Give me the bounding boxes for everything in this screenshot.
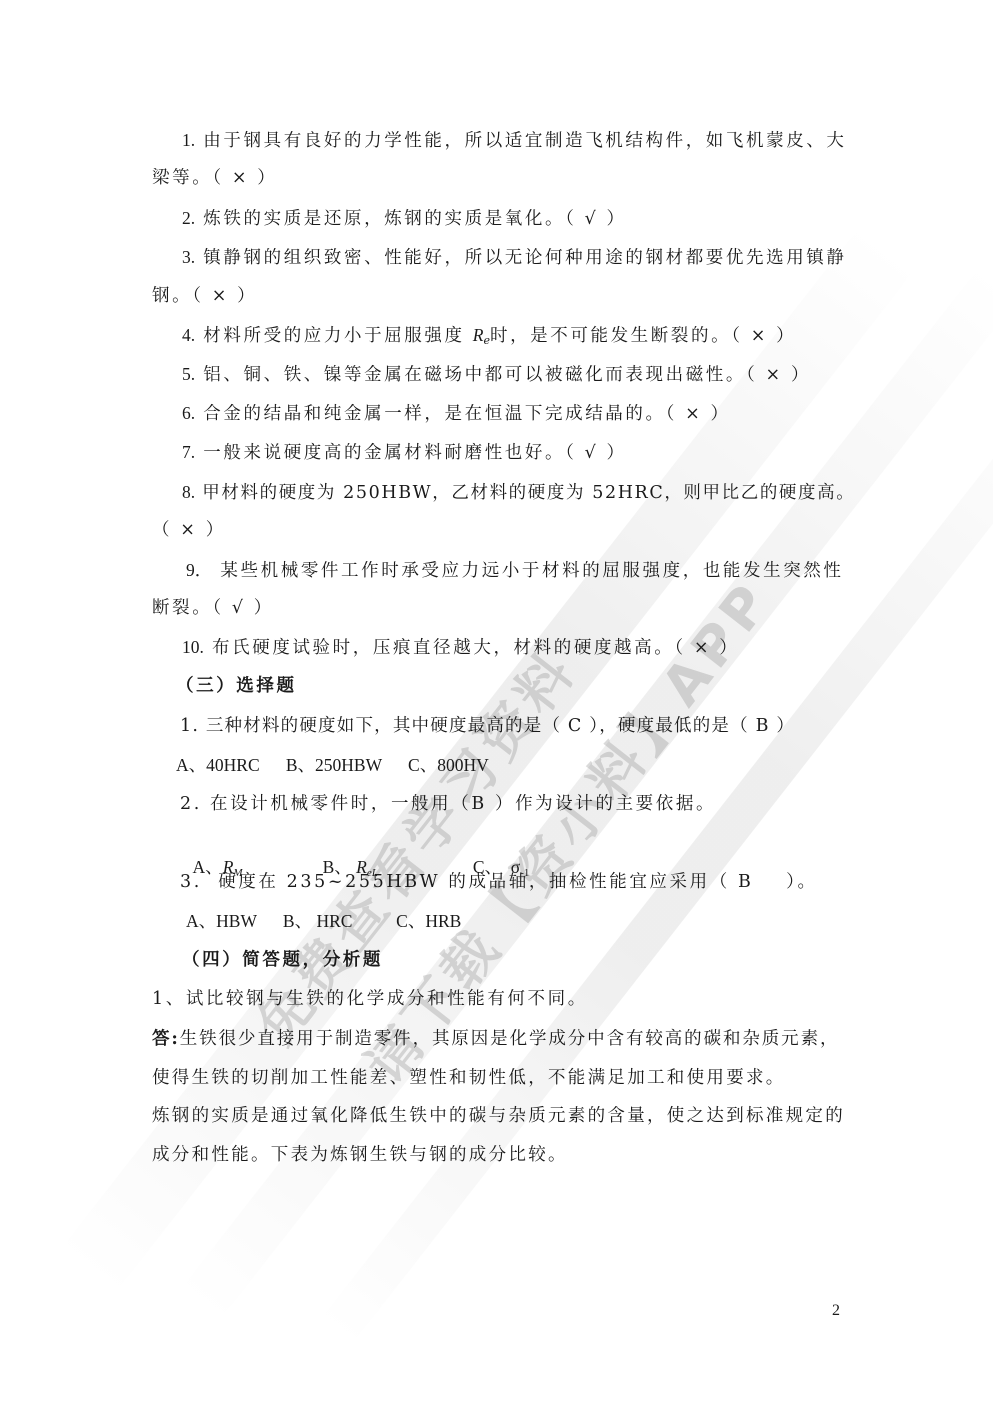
tf-item-3-line2: 钢。（ × ） — [152, 284, 257, 308]
section-heading-choice: （三）选择题 — [176, 674, 297, 698]
sa-answer-line3: 炼钢的实质是通过氧化降低生铁中的碳与杂质元素的含量，使之达到标准规定的 — [152, 1104, 845, 1128]
tf-answer: （ × ） — [746, 365, 811, 385]
tf-item-2: 2. 炼铁的实质是还原，炼钢的实质是氧化。（ √ ） — [182, 206, 627, 231]
sa-answer-line2: 使得生铁的切削加工性能差、塑性和韧性低，不能满足加工和使用要求。 — [152, 1066, 786, 1090]
tf-item-7: 7. 一般来说硬度高的金属材料耐磨性也好。（ √ ） — [182, 440, 627, 465]
sa-answer-line1: 答:生铁很少直接用于制造零件，其原因是化学成分中含有较高的碳和杂质元素， — [152, 1027, 839, 1051]
section-heading-short-answer: （四）简答题，分析题 — [182, 948, 383, 972]
mc-question-1: 1. 三种材料的硬度如下，其中硬度最高的是（ C ），硬度最低的是（ B ） — [180, 714, 795, 738]
tf-answer: （ × ） — [152, 520, 226, 540]
tf-answer: （ × ） — [212, 168, 277, 188]
tf-answer: （ √ ） — [565, 209, 627, 229]
tf-item-4: 4. 材料所受的应力小于屈服强度 Re时，是不可能发生断裂的。（ × ） — [182, 323, 796, 353]
tf-answer: （ × ） — [192, 286, 257, 306]
tf-item-6: 6. 合金的结晶和纯金属一样，是在恒温下完成结晶的。（ × ） — [182, 401, 731, 426]
tf-item-8-line2: （ × ） — [152, 518, 226, 542]
mc-question-1-options: A、40HRC B、250HBW C、800HV — [176, 753, 489, 777]
tf-answer: （ × ） — [674, 638, 739, 658]
tf-item-3-line1: 3. 镇静钢的组织致密、性能好，所以无论何种用途的钢材都要优先选用镇静 — [182, 245, 847, 270]
tf-answer: （ √ ） — [565, 443, 627, 463]
answer-label: 答: — [152, 1029, 180, 1049]
tf-item-8-line1: 8. 甲材料的硬度为 250HBW，乙材料的硬度为 52HRC，则甲比乙的硬度高… — [182, 480, 855, 505]
mc-question-3-options: A、HBW B、 HRC C、HRB — [186, 909, 461, 933]
tf-answer: （ × ） — [731, 326, 796, 346]
sa-answer-line4: 成分和性能。下表为炼钢生铁与钢的成分比较。 — [152, 1143, 568, 1167]
tf-item-5: 5. 铝、铜、铁、镍等金属在磁场中都可以被磁化而表现出磁性。（ × ） — [182, 362, 811, 387]
tf-answer: （ × ） — [666, 404, 731, 424]
sa-question-1: 1、试比较钢与生铁的化学成分和性能有何不同。 — [152, 987, 588, 1011]
tf-answer: （ √ ） — [212, 598, 274, 618]
mc-question-3: 3. 硬度在 235~255HBW 的成品轴，抽检性能宜应采用（ B ）。 — [180, 870, 818, 894]
mc-question-2: 2. 在设计机械零件时，一般用（B ）作为设计的主要依据。 — [180, 792, 716, 816]
tf-item-1-line1: 1. 由于钢具有良好的力学性能，所以适宜制造飞机结构件，如飞机蒙皮、大 — [182, 128, 847, 153]
document-page: 免费查看学习资料 请下载【资小料】APP 1. 由于钢具有良好的力学性能，所以适… — [0, 0, 993, 1404]
tf-item-10: 10. 布氏硬度试验时，压痕直径越大，材料的硬度越高。（ × ） — [182, 635, 739, 660]
tf-item-9-line1: 9． 某些机械零件工作时承受应力远小于材料的屈服强度，也能发生突然性 — [186, 558, 844, 583]
yield-strength-symbol: R — [473, 325, 484, 345]
page-number: 2 — [832, 1302, 840, 1320]
tf-item-1-line2: 梁等。（ × ） — [152, 166, 277, 190]
tf-item-9-line2: 断裂。（ √ ） — [152, 596, 274, 620]
